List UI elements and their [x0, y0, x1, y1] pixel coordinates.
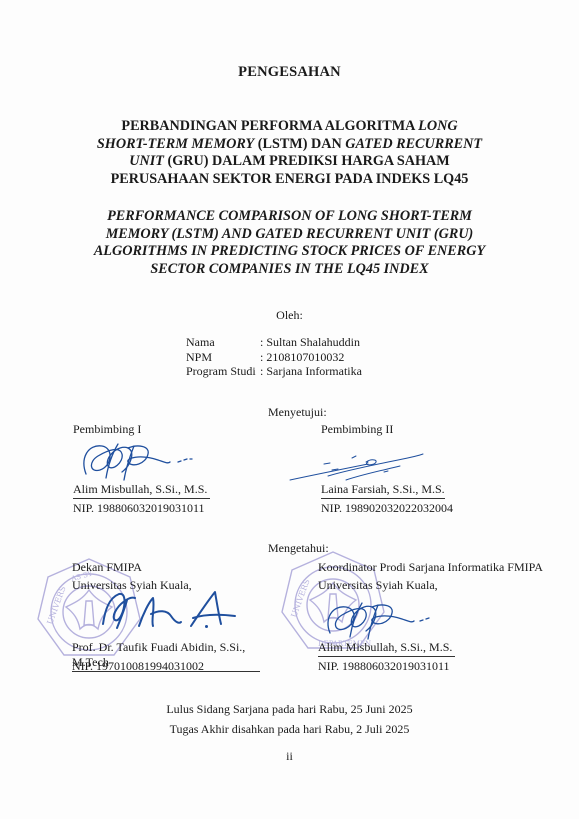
supervisor2-name: Laina Farsiah, S.Si., M.S.	[321, 482, 445, 499]
title-indonesian: PERBANDINGAN PERFORMA ALGORITMA LONG SHO…	[0, 118, 579, 188]
supervisor1-nip: NIP. 198806032019031011	[73, 501, 205, 516]
graduation-date-line: Lulus Sidang Sarjana pada hari Rabu, 25 …	[0, 702, 579, 717]
coordinator-name: Alim Misbullah, S.Si., M.S.	[318, 640, 455, 657]
ratification-date-line: Tugas Akhir disahkan pada hari Rabu, 2 J…	[0, 722, 579, 737]
dean-role-line1: Dekan FMIPA	[72, 560, 142, 575]
approval-page: PENGESAHAN PERBANDINGAN PERFORMA ALGORIT…	[0, 0, 579, 819]
dean-nip: NIP. 197010081994031002	[72, 659, 204, 674]
coordinator-nip: NIP. 198806032019031011	[318, 659, 450, 674]
supervisor2-role: Pembimbing II	[321, 422, 393, 437]
title-en-line: ALGORITHMS IN PREDICTING STOCK PRICES OF…	[0, 243, 579, 261]
page-number: ii	[0, 749, 579, 764]
coordinator-signature	[322, 597, 442, 643]
supervisor2-nip: NIP. 198902032022032004	[321, 501, 453, 516]
coordinator-role-line1: Koordinator Prodi Sarjana Informatika FM…	[318, 560, 543, 575]
supervisor1-signature	[78, 436, 198, 486]
title-en-line: PERFORMANCE COMPARISON OF LONG SHORT-TER…	[0, 208, 579, 226]
title-id-line-2: SHORT-TERM MEMORY (LSTM) DAN GATED RECUR…	[0, 136, 579, 154]
title-en-line: MEMORY (LSTM) AND GATED RECURRENT UNIT (…	[0, 226, 579, 244]
title-id-line-3: UNIT (GRU) DALAM PREDIKSI HARGA SAHAM	[0, 153, 579, 171]
supervisor1-name: Alim Misbullah, S.Si., M.S.	[73, 482, 210, 499]
supervisor2-signature	[288, 450, 428, 484]
student-program-row: Program Studi : Sarjana Informatika	[186, 364, 362, 379]
dean-signature	[95, 580, 245, 632]
student-name-row: Nama : Sultan Shalahuddin	[186, 335, 362, 350]
approved-label: Menyetujui:	[268, 405, 327, 420]
title-en-line: SECTOR COMPANIES IN THE LQ45 INDEX	[0, 261, 579, 279]
title-id-line-4: PERUSAHAAN SEKTOR ENERGI PADA INDEKS LQ4…	[0, 171, 579, 189]
ink-dot	[205, 625, 208, 628]
title-id-line-1: PERBANDINGAN PERFORMA ALGORITMA LONG	[0, 118, 579, 136]
student-info: Nama : Sultan Shalahuddin NPM : 21081070…	[186, 335, 362, 379]
by-label: Oleh:	[0, 308, 579, 323]
supervisor1-role: Pembimbing I	[73, 422, 141, 437]
page-heading: PENGESAHAN	[0, 64, 579, 81]
title-english: PERFORMANCE COMPARISON OF LONG SHORT-TER…	[0, 208, 579, 278]
coordinator-role-line2: Universitas Syiah Kuala,	[318, 578, 438, 593]
student-npm-row: NPM : 2108107010032	[186, 350, 362, 365]
